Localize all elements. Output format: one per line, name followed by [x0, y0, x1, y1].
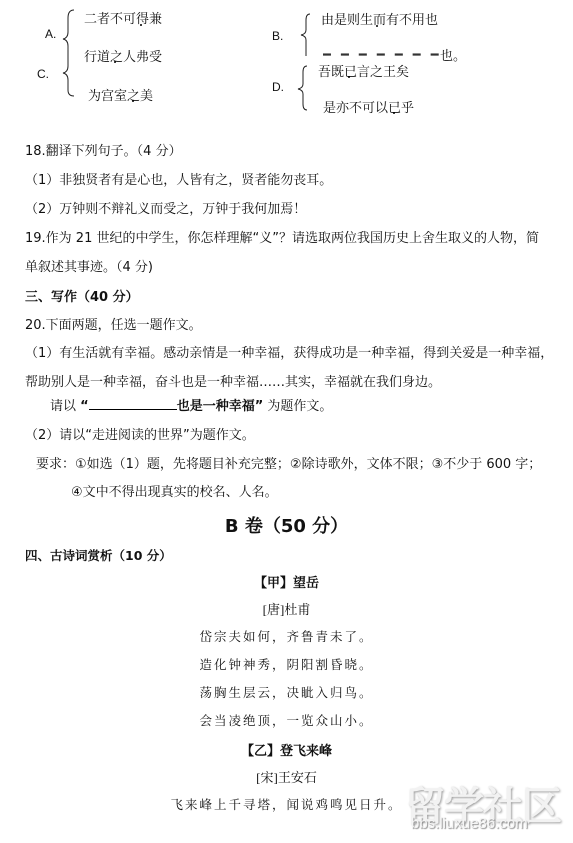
- prompt-prefix: 请以: [50, 399, 76, 414]
- option-a-line1: 二者不可得兼: [84, 8, 162, 27]
- option-b-line2-clipped: ━ ━ ━ ━ ━ ━ ━: [323, 50, 443, 58]
- watermark-url: bbs.liuxue86.com: [411, 815, 528, 832]
- brace-d-icon: [297, 64, 309, 112]
- question-19-line-1: 19.作为 21 世纪的中学生，你怎样理解“义”？请选取两位我国历史上舍生取义的…: [25, 227, 539, 246]
- poem-1-author: [唐]杜甫: [0, 599, 573, 618]
- poem-1-line-2: 造化钟神秀，阴阳割昏晓。: [0, 655, 573, 673]
- poem-1-line-1: 岱宗夫如何，齐鲁青未了。: [0, 627, 573, 645]
- question-20-item-1-line-2: 帮助别人是一种幸福，奋斗也是一种幸福……其实，幸福就在我们身边。: [25, 371, 441, 390]
- prompt-suffix: 为题作文。: [267, 399, 332, 414]
- emphasis-dot: [376, 25, 378, 27]
- emphasis-dot: [114, 61, 116, 63]
- prompt-bold-text: 也是一种幸福”: [177, 399, 264, 414]
- poem-1-line-3: 荡胸生层云，决眦入归鸟。: [0, 683, 573, 701]
- emphasis-dot: [140, 24, 142, 26]
- option-a-line2: 行道之人弗受: [84, 46, 162, 65]
- title-blank: [89, 397, 177, 410]
- question-18-item-2: （2）万钟则不辩礼义而受之，万钟于我何加焉！: [25, 198, 306, 217]
- brace-b-icon: [300, 12, 312, 56]
- emphasis-dot: [348, 76, 350, 78]
- option-b-label: B.: [272, 29, 283, 43]
- option-b-line1: 由是则生而有不用也: [321, 9, 438, 28]
- question-20-item-1-line-1: （1）有生活就有幸福。感动亲情是一种幸福，获得成功是一种幸福，得到关爱是一种幸福…: [25, 342, 553, 361]
- question-20-item-2: （2）请以“走进阅读的世界”为题作文。: [25, 424, 255, 443]
- poem-2-title: 【乙】登飞来峰: [0, 740, 573, 759]
- option-d-line2: 是亦不可以已乎: [323, 97, 414, 116]
- option-b-line2-visible: 也。: [440, 45, 466, 64]
- section-3-heading: 三、写作（40 分）: [25, 286, 139, 305]
- question-20-requirements-2: ④文中不得出现真实的校名、人名。: [71, 481, 278, 500]
- question-20-requirements-1: 要求：①如选（1）题，先将题目补充完整；②除诗歌外，文体不限；③不少于 600 …: [36, 453, 541, 472]
- poem-1-title: 【甲】望岳: [0, 572, 573, 591]
- brace-left-icon: [62, 8, 76, 98]
- question-18-item-1: （1）非独贤者有是心也，人皆有之，贤者能勿丧耳。: [25, 169, 332, 188]
- option-d-label: D.: [272, 80, 284, 94]
- part-b-heading: B 卷（50 分）: [0, 512, 573, 538]
- option-c-label: C.: [37, 67, 49, 81]
- poem-1-line-4: 会当凌绝顶，一览众山小。: [0, 711, 573, 729]
- emphasis-dot: [132, 100, 134, 102]
- option-c-line2: 为宫室之美: [88, 85, 153, 104]
- prompt-open-quote: “: [80, 399, 89, 414]
- section-4-heading: 四、古诗词赏析（10 分）: [25, 546, 172, 564]
- site-watermark: 留学社区 bbs.liuxue86.com: [405, 775, 573, 837]
- option-d-line1: 吾既已言之王矣: [318, 61, 409, 80]
- option-a-label: A.: [45, 27, 56, 41]
- question-20-prompt: 请以 “也是一种幸福” 为题作文。: [50, 395, 332, 414]
- emphasis-dot: [393, 112, 395, 114]
- question-18-title: 18.翻译下列句子。（4 分）: [25, 140, 182, 159]
- question-19-line-2: 单叙述其事迹。（4 分): [25, 256, 153, 275]
- question-20-title: 20.下面两题，任选一题作文。: [25, 314, 202, 333]
